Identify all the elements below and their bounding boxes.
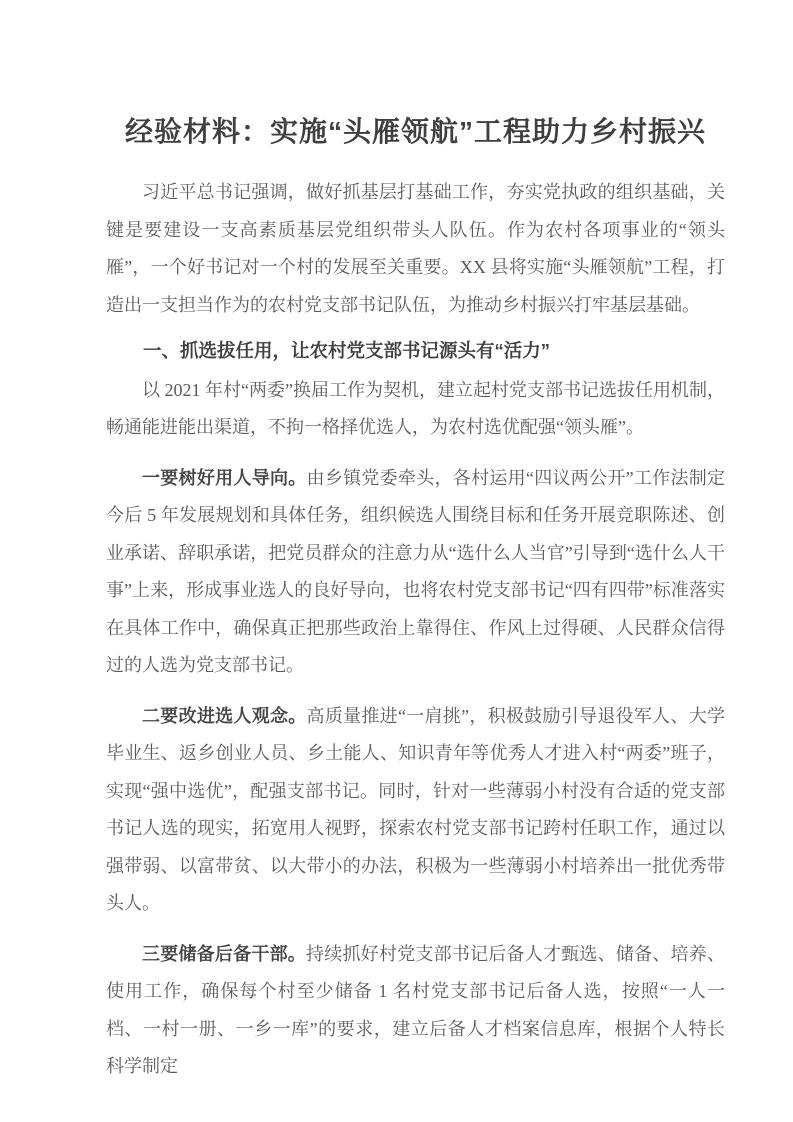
intro-paragraph: 习近平总书记强调，做好抓基层打基础工作，夯实党执政的组织基础，关键是要建设一支高… (106, 174, 725, 324)
point-2-lead: 二要改进选人观念。 (142, 706, 307, 726)
point-paragraph-1: 一要树好用人导向。由乡镇党委牵头，各村运用“四议两公开”工作法制定今后 5 年发… (106, 460, 725, 685)
section-1-lead-paragraph: 以 2021 年村“两委”换届工作为契机，建立起村党支部书记选拔任用机制，畅通能… (106, 372, 725, 447)
point-3-lead: 三要储备后备干部。 (142, 944, 306, 964)
point-paragraph-2: 二要改进选人观念。高质量推进“一肩挑”，积极鼓励引导退役军人、大学毕业生、返乡创… (106, 698, 725, 923)
document-title: 经验材料：实施“头雁领航”工程助力乡村振兴 (106, 112, 725, 152)
point-1-lead: 一要树好用人导向。 (142, 468, 307, 488)
point-1-text: 由乡镇党委牵头，各村运用“四议两公开”工作法制定今后 5 年发展规划和具体任务，… (106, 468, 725, 676)
point-paragraph-3: 三要储备后备干部。持续抓好村党支部书记后备人才甄选、储备、培养、使用工作，确保每… (106, 936, 725, 1086)
point-2-text: 高质量推进“一肩挑”，积极鼓励引导退役军人、大学毕业生、返乡创业人员、乡土能人、… (106, 706, 725, 914)
section-1-heading: 一、抓选拔任用，让农村党支部书记源头有“活力” (106, 332, 725, 370)
document-page: 经验材料：实施“头雁领航”工程助力乡村振兴 习近平总书记强调，做好抓基层打基础工… (0, 0, 793, 1122)
